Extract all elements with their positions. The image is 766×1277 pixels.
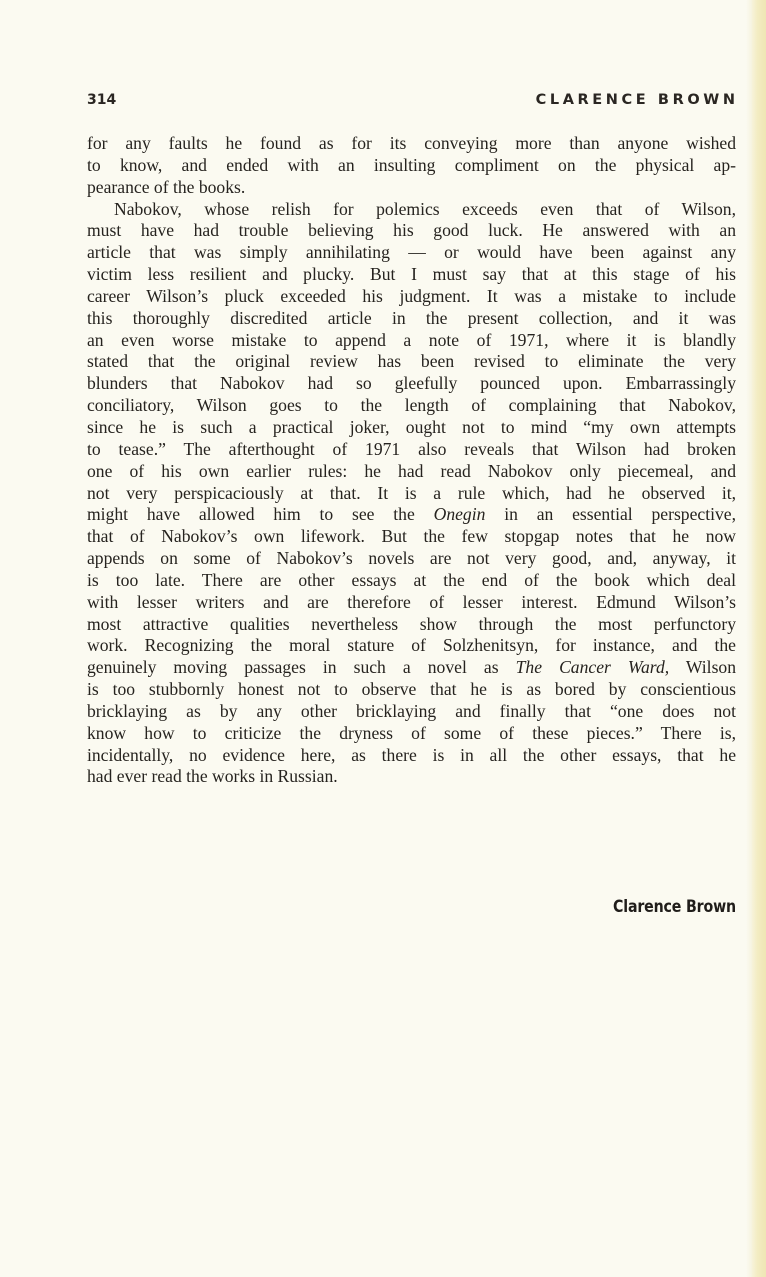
- text-line: for any faults he found as for its conve…: [87, 133, 736, 155]
- running-title: CLARENCE BROWN: [536, 92, 739, 108]
- text-run: might have allowed him to see the: [87, 504, 434, 524]
- text-line: had ever read the works in Russian.: [87, 766, 736, 788]
- text-line: article that was simply annihilating — o…: [87, 242, 736, 264]
- text-line: since he is such a practical joker, ough…: [87, 417, 736, 439]
- text-line: that of Nabokov’s own lifework. But the …: [87, 526, 736, 548]
- text-line: incidentally, no evidence here, as there…: [87, 745, 736, 767]
- text-line-with-italic: might have allowed him to see the Onegin…: [87, 504, 736, 526]
- text-line: bricklaying as by any other bricklaying …: [87, 701, 736, 723]
- text-line: is too stubbornly honest not to observe …: [87, 679, 736, 701]
- text-line: appends on some of Nabokov’s novels are …: [87, 548, 736, 570]
- text-line: conciliatory, Wilson goes to the length …: [87, 395, 736, 417]
- text-run: in an essential perspective,: [485, 504, 736, 524]
- text-line: one of his own earlier rules: he had rea…: [87, 461, 736, 483]
- page-edge: [752, 0, 766, 1277]
- text-line: not very perspicaciously at that. It is …: [87, 483, 736, 505]
- text-line: to know, and ended with an insulting com…: [87, 155, 736, 177]
- text-line: victim less resilient and plucky. But I …: [87, 264, 736, 286]
- running-head: 314 CLARENCE BROWN: [87, 92, 735, 112]
- text-line: to tease.” The afterthought of 1971 also…: [87, 439, 736, 461]
- book-title-onegin: Onegin: [434, 504, 486, 524]
- text-line: blunders that Nabokov had so gleefully p…: [87, 373, 736, 395]
- text-line: know how to criticize the dryness of som…: [87, 723, 736, 745]
- text-run: genuinely moving passages in such a nove…: [87, 657, 516, 677]
- text-line: most attractive qualities nevertheless s…: [87, 614, 736, 636]
- text-line: work. Recognizing the moral stature of S…: [87, 635, 736, 657]
- text-line: must have had trouble believing his good…: [87, 220, 736, 242]
- text-line: career Wilson’s pluck exceeded his judgm…: [87, 286, 736, 308]
- author-signature: Clarence Brown: [613, 897, 736, 916]
- paragraph: for any faults he found as for its conve…: [87, 133, 736, 199]
- book-title-cancer-ward: The Cancer Ward,: [516, 657, 670, 677]
- text-line: an even worse mistake to append a note o…: [87, 330, 736, 352]
- text-line: is too late. There are other essays at t…: [87, 570, 736, 592]
- page-number: 314: [87, 92, 116, 108]
- body-text: for any faults he found as for its conve…: [87, 133, 736, 788]
- text-line: pearance of the books.: [87, 177, 736, 199]
- text-line: stated that the original review has been…: [87, 351, 736, 373]
- text-run: Wilson: [669, 657, 736, 677]
- text-line: Nabokov, whose relish for polemics excee…: [87, 199, 736, 221]
- text-line: this thoroughly discredited article in t…: [87, 308, 736, 330]
- paragraph: Nabokov, whose relish for polemics excee…: [87, 199, 736, 789]
- text-line: with lesser writers and are therefore of…: [87, 592, 736, 614]
- text-line-with-italic: genuinely moving passages in such a nove…: [87, 657, 736, 679]
